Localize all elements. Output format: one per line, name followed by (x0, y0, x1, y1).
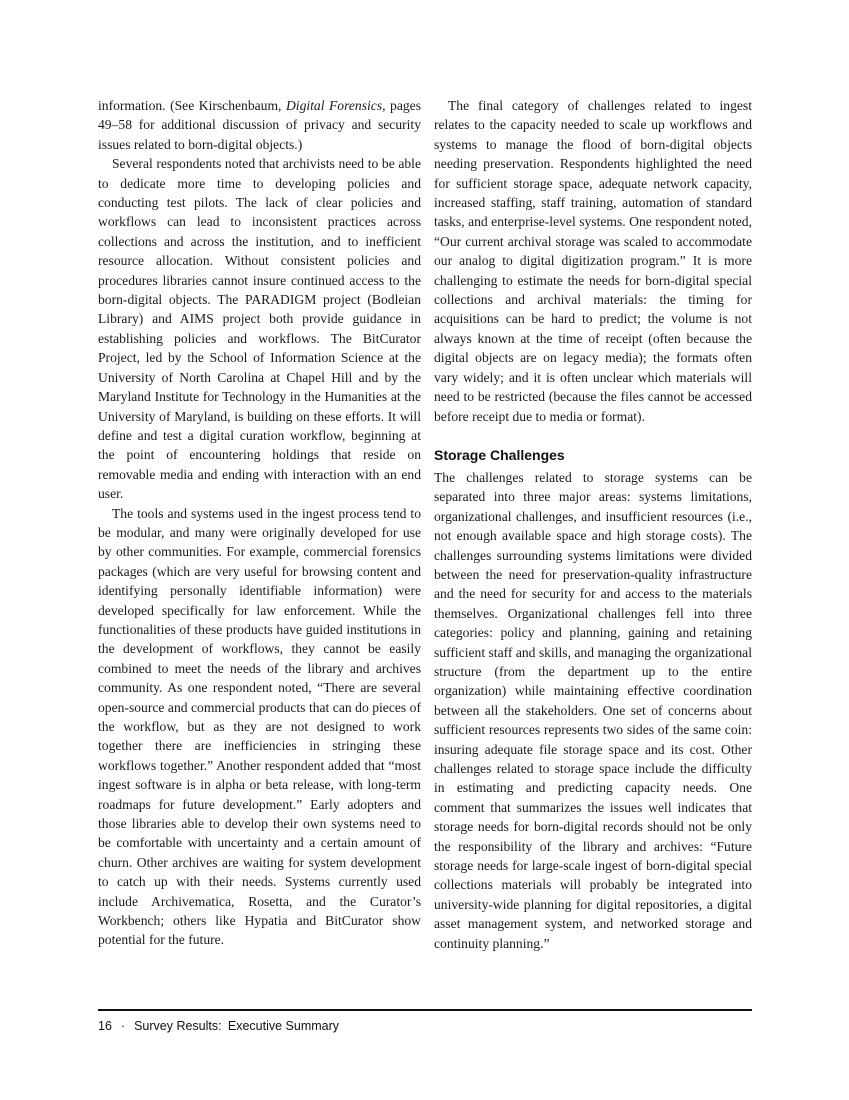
note-text-pre: information. (See Kirschenbaum, (98, 98, 286, 113)
footer-rule (98, 1009, 752, 1011)
paragraph-ingest-capacity: The final category of challenges related… (434, 96, 752, 426)
paragraph-tools-systems: The tools and systems used in the ingest… (98, 504, 421, 950)
footer-section-label: Survey Results: Executive Summary (134, 1019, 339, 1034)
paragraph-storage-challenges: The challenges related to storage system… (434, 468, 752, 953)
page-number: 16 (98, 1019, 112, 1034)
footer-separator-dot: · (121, 1019, 125, 1034)
left-column: information. (See Kirschenbaum, Digital … (98, 96, 421, 950)
section-heading-storage-challenges: Storage Challenges (434, 447, 752, 464)
document-page: information. (See Kirschenbaum, Digital … (0, 0, 849, 1100)
right-column: The final category of challenges related… (434, 96, 752, 953)
paragraph-policies-workflows: Several respondents noted that archivist… (98, 154, 421, 503)
book-title-digital-forensics: Digital Forensics, (286, 98, 386, 113)
paragraph-kirschenbaum-note: information. (See Kirschenbaum, Digital … (98, 96, 421, 154)
page-footer: 16 · Survey Results: Executive Summary (98, 1019, 752, 1034)
